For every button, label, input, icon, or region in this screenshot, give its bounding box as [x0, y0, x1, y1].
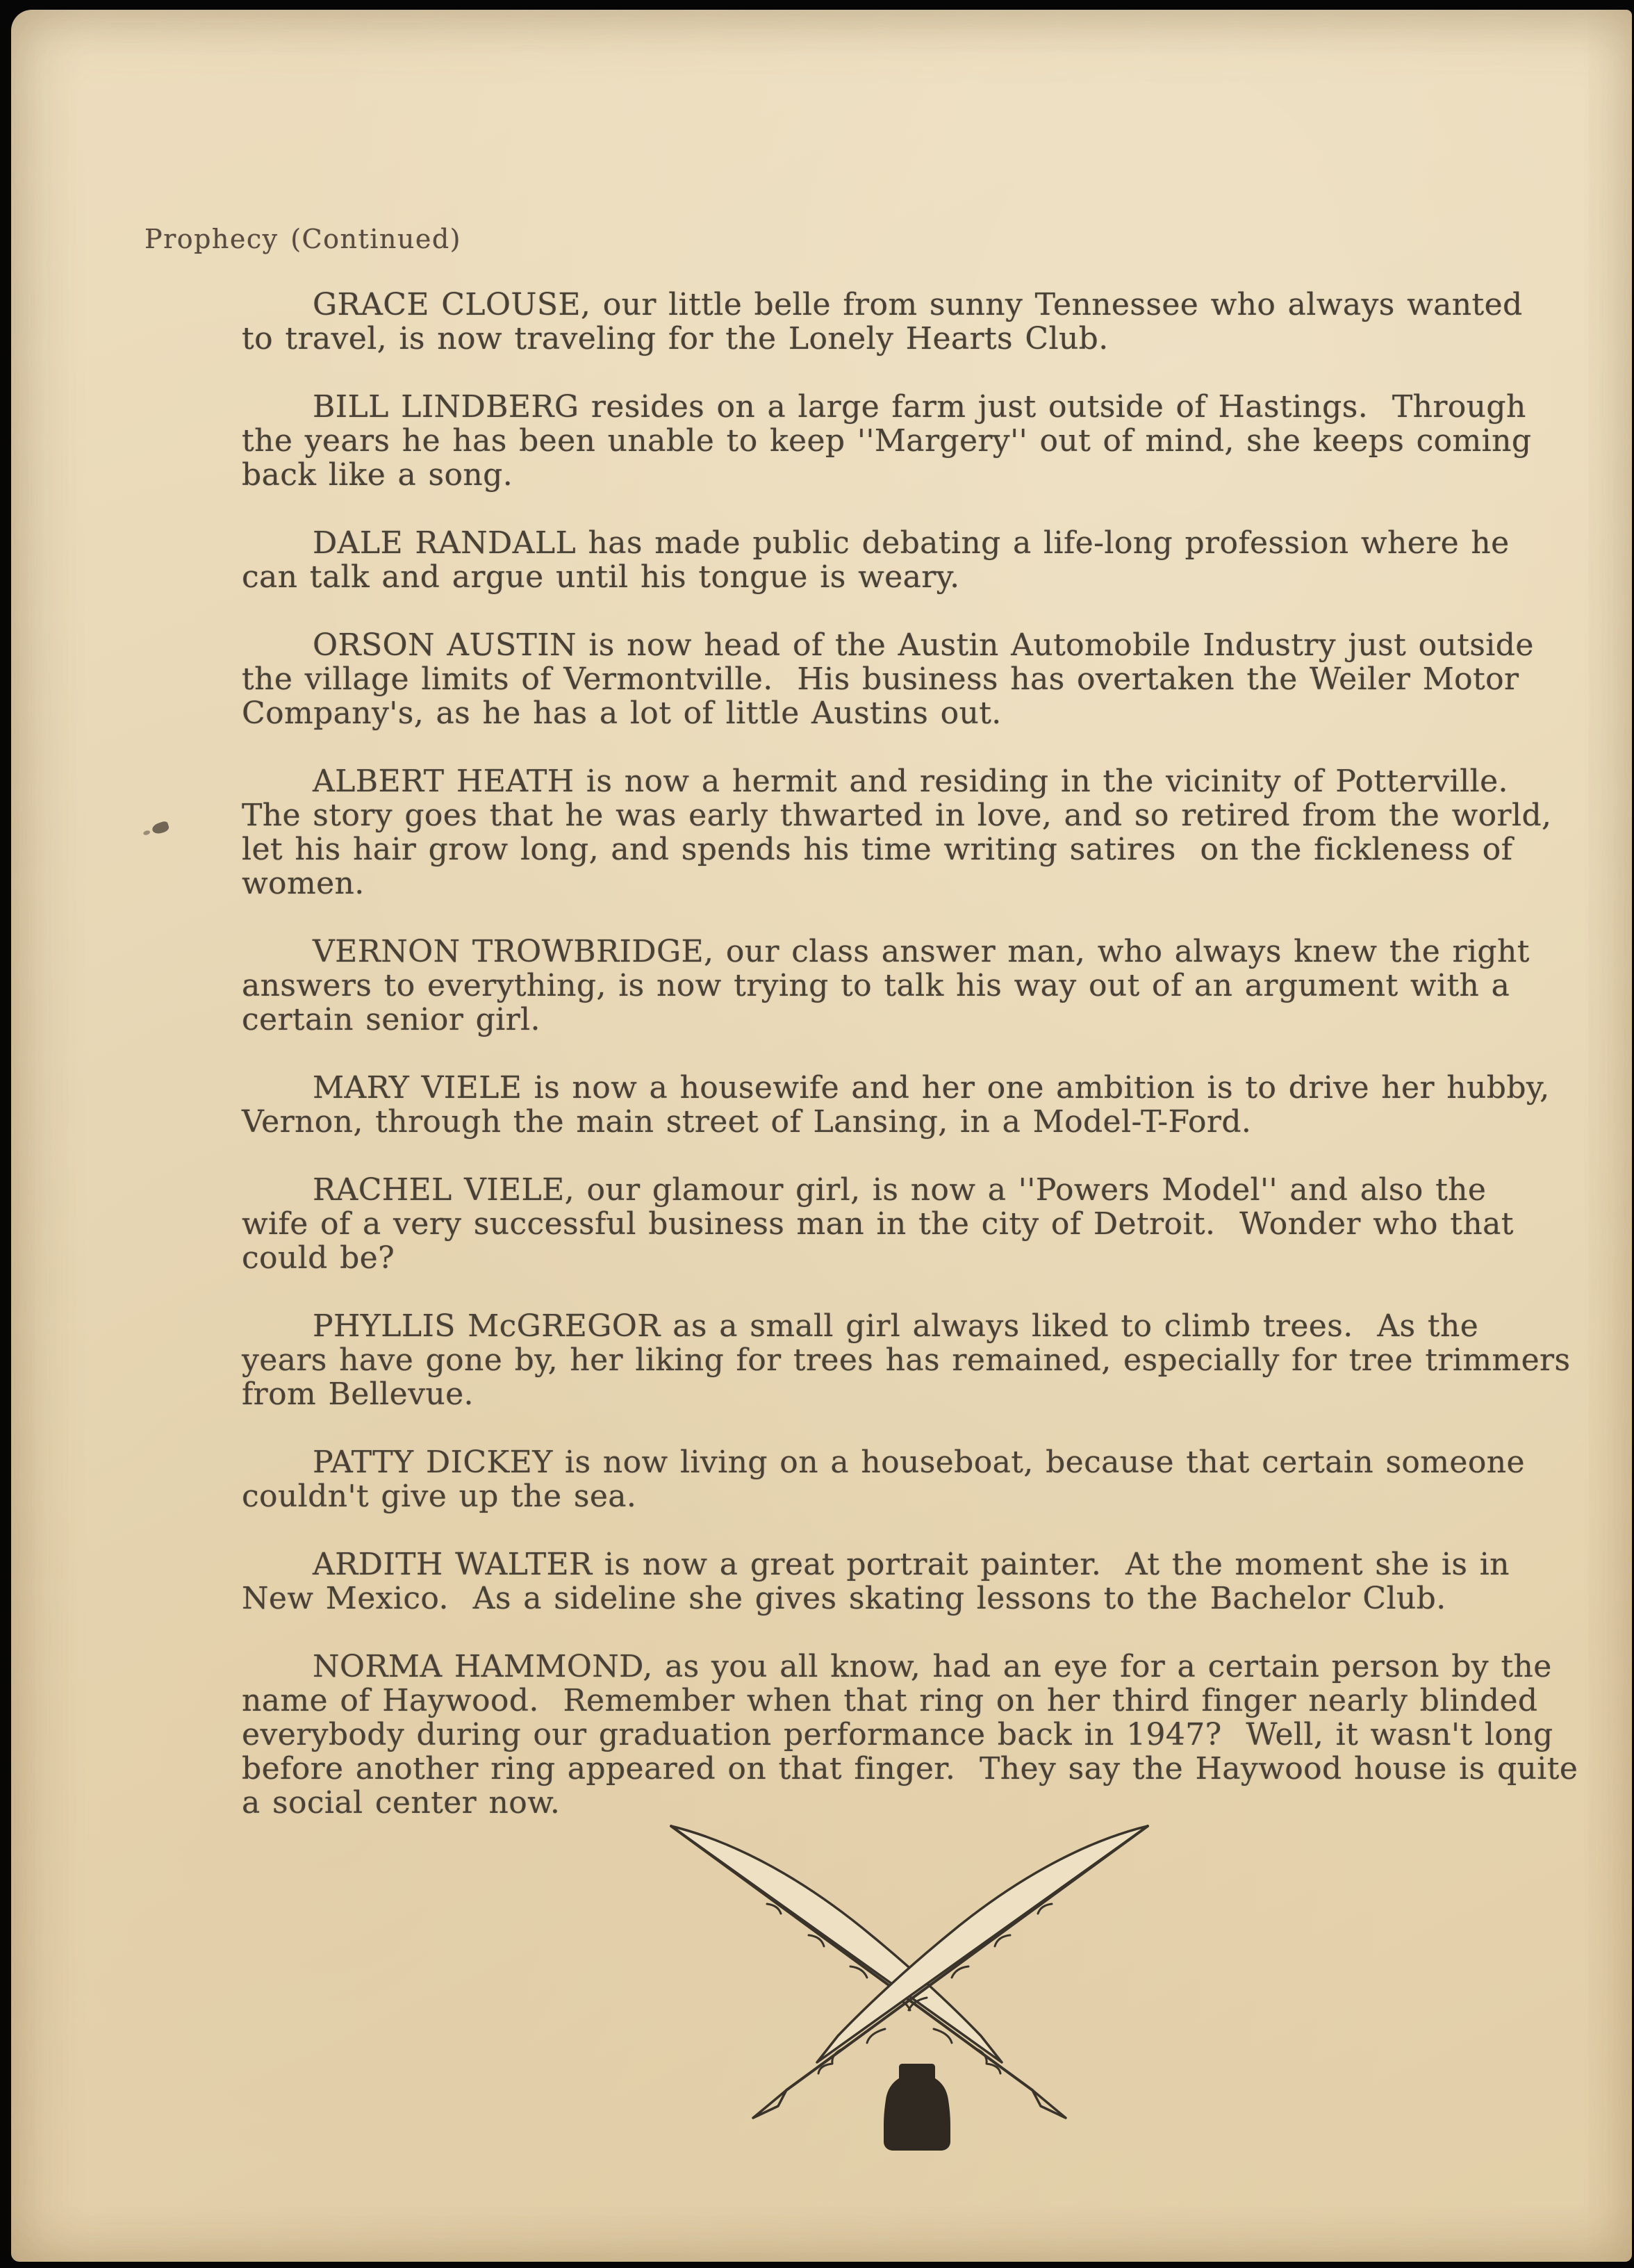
- paragraph-ardith-walter: ARDITH WALTER is now a great portrait pa…: [242, 1547, 1558, 1616]
- text-line: the years he has been unable to keep ''M…: [242, 424, 1558, 458]
- text-line: answers to everything, is now trying to …: [242, 969, 1558, 1003]
- text-line: women.: [242, 866, 1558, 901]
- right-quill-icon: [753, 1826, 1148, 2118]
- text-line: name of Haywood. Remember when that ring…: [242, 1684, 1558, 1718]
- text-line: RACHEL VIELE, our glamour girl, is now a…: [242, 1173, 1558, 1207]
- text-line: BILL LINDBERG resides on a large farm ju…: [242, 390, 1558, 424]
- text-line: to travel, is now traveling for the Lone…: [242, 322, 1558, 356]
- page-title: Prophecy (Continued): [145, 224, 461, 254]
- text-line: DALE RANDALL has made public debating a …: [242, 526, 1558, 560]
- text-line: the village limits of Vermontville. His …: [242, 662, 1558, 696]
- text-line: VERNON TROWBRIDGE, our class answer man,…: [242, 935, 1558, 969]
- paper-page: Prophecy (Continued) GRACE CLOUSE, our l…: [11, 10, 1632, 2262]
- text-line: ORSON AUSTIN is now head of the Austin A…: [242, 628, 1558, 662]
- text-line: can talk and argue until his tongue is w…: [242, 560, 1558, 594]
- text-line: could be?: [242, 1241, 1558, 1275]
- paragraph-dale-randall: DALE RANDALL has made public debating a …: [242, 526, 1558, 594]
- text-line: let his hair grow long, and spends his t…: [242, 832, 1558, 866]
- ink-smudge: [151, 821, 170, 836]
- text-line: ALBERT HEATH is now a hermit and residin…: [242, 764, 1558, 798]
- text-line: couldn't give up the sea.: [242, 1479, 1558, 1513]
- left-quill-icon: [671, 1826, 1066, 2118]
- prophecy-text: GRACE CLOUSE, our little belle from sunn…: [242, 288, 1558, 1854]
- paragraph-vernon-trowbridge: VERNON TROWBRIDGE, our class answer man,…: [242, 935, 1558, 1037]
- text-line: ARDITH WALTER is now a great portrait pa…: [242, 1547, 1558, 1581]
- paragraph-rachel-viele: RACHEL VIELE, our glamour girl, is now a…: [242, 1173, 1558, 1275]
- text-line: Vernon, through the main street of Lansi…: [242, 1105, 1558, 1139]
- text-line: wife of a very successful business man i…: [242, 1207, 1558, 1241]
- text-line: certain senior girl.: [242, 1003, 1558, 1037]
- paragraph-orson-austin: ORSON AUSTIN is now head of the Austin A…: [242, 628, 1558, 730]
- paragraph-albert-heath: ALBERT HEATH is now a hermit and residin…: [242, 764, 1558, 901]
- text-line: New Mexico. As a sideline she gives skat…: [242, 1581, 1558, 1616]
- text-line: back like a song.: [242, 458, 1558, 492]
- text-line: everybody during our graduation performa…: [242, 1718, 1558, 1752]
- ink-bottle-icon: [884, 2064, 950, 2151]
- text-line: years have gone by, her liking for trees…: [242, 1343, 1558, 1377]
- text-line: The story goes that he was early thwarte…: [242, 798, 1558, 832]
- text-line: MARY VIELE is now a housewife and her on…: [242, 1071, 1558, 1105]
- paragraph-patty-dickey: PATTY DICKEY is now living on a houseboa…: [242, 1445, 1558, 1513]
- paragraph-norma-hammond: NORMA HAMMOND, as you all know, had an e…: [242, 1650, 1558, 1820]
- text-line: PATTY DICKEY is now living on a houseboa…: [242, 1445, 1558, 1479]
- crossed-quills-illustration: [635, 1807, 1184, 2168]
- text-line: PHYLLIS McGREGOR as a small girl always …: [242, 1309, 1558, 1343]
- paragraph-bill-lindberg: BILL LINDBERG resides on a large farm ju…: [242, 390, 1558, 492]
- text-line: NORMA HAMMOND, as you all know, had an e…: [242, 1650, 1558, 1684]
- text-line: GRACE CLOUSE, our little belle from sunn…: [242, 288, 1558, 322]
- paragraph-grace-clouse: GRACE CLOUSE, our little belle from sunn…: [242, 288, 1558, 356]
- text-line: Company's, as he has a lot of little Aus…: [242, 696, 1558, 730]
- text-line: before another ring appeared on that fin…: [242, 1752, 1558, 1786]
- scan-frame: Prophecy (Continued) GRACE CLOUSE, our l…: [0, 0, 1634, 2268]
- paragraph-mary-viele: MARY VIELE is now a housewife and her on…: [242, 1071, 1558, 1139]
- text-line: from Bellevue.: [242, 1377, 1558, 1411]
- paragraph-phyllis-mcgregor: PHYLLIS McGREGOR as a small girl always …: [242, 1309, 1558, 1411]
